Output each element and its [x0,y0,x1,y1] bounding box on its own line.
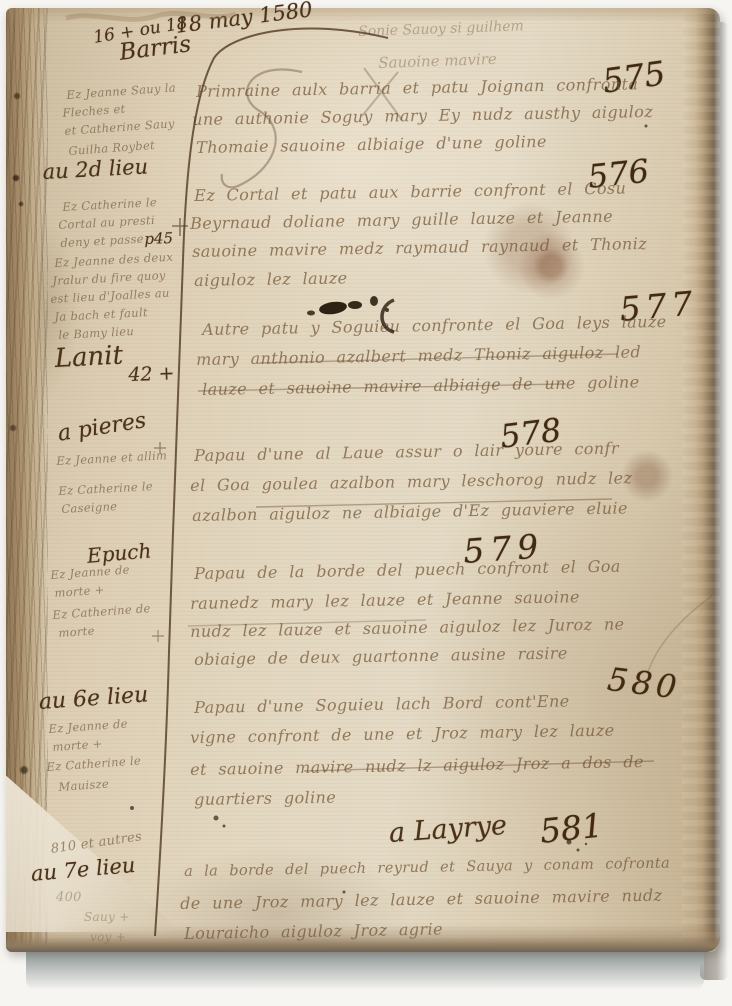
margin-note: Mauisze [58,776,109,793]
entry-line: Thomaie sauoine albiaige d'une goline [196,132,547,157]
faded-header-name: Sauoine mavire [378,50,497,72]
margin-lanit-value: 42 + [128,362,175,386]
entry-line: a la borde del puech reyrud et Sauya y c… [184,856,670,880]
ink-blots [307,296,389,316]
margin-note: Ez Jeanne et allim [56,448,168,468]
margin-note: deny et passe [60,232,144,250]
cross-mark [152,630,164,642]
margin-note: Ez Catherine le [62,195,157,214]
entry-line: sauoine mavire medz raymaud raynaud et T… [192,234,647,261]
margin-note: Caseigne [61,499,118,516]
margin-header-6th-lieu: au 6e lieu [38,682,149,715]
manuscript-page: 16 + ou 18 18 may 1580 Sonie Sauoy si gu… [6,8,720,952]
entry-line: Papau de la borde del puech confront el … [194,557,621,583]
entry-number: 581 [538,805,605,850]
entry-line: une authonie Soguy mary Ey nudz austhy a… [192,102,653,129]
entry-line: Beyrnaud doliane mary guille lauze et Je… [190,207,613,233]
section-header-layrye: a Layrye [388,810,508,849]
margin-note: est lieu d'Joalles au [50,286,170,306]
margin-note: morte + [54,583,105,600]
margin-note: Ez Catherine le [58,479,153,498]
entry-line: azalbon aiguloz ne albiaige d'Ez guavier… [192,498,628,525]
entry-line: vigne confront de une et Jroz mary lez l… [190,721,615,747]
margin-note: Ez Jeanne de [50,562,130,582]
entry-line: mary anthonio azalbert medz Thoniz aigul… [196,342,641,369]
entry-line: Primraine aulx barria et patu Joignan co… [196,74,638,101]
margin-header-2nd-lieu: au 2d lieu [42,154,149,183]
torn-top-edge [6,8,720,22]
margin-note: morte [58,623,95,639]
margin-note: Fleches et [62,102,126,120]
margin-note: le Bamy lieu [58,324,134,342]
margin-note: Ez Jeanne des deux [54,250,173,270]
entry-line: Papau d'une al Laue assur o lair youre c… [194,439,619,465]
entry-line: Papau d'une Soguieu lach Bord cont'Ene [194,691,570,717]
margin-note: et Catherine Sauy [64,116,175,138]
margin-note: voy + [90,930,126,944]
cross-mark [172,218,188,236]
entry-line: nudz lez lauze et sauoine aiguloz lez Ju… [190,614,625,641]
manuscript-scan: 16 + ou 18 18 may 1580 Sonie Sauoy si gu… [0,0,732,1006]
margin-header-pieres: a pieres [56,408,148,447]
margin-note: Ez Jeanne de [48,716,128,736]
margin-note: Ja bach et fault [54,305,148,324]
entry-line: et sauoine mavire nudz lz aiguloz Jroz a… [190,752,644,779]
margin-lanit-label: Lanit [54,340,124,374]
entry-line: el Goa goulea azalbon mary leschorog nud… [190,468,632,495]
entry-line: obiaige de deux guartonne ausine rasire [194,643,568,669]
margin-note: Jralur du fire quoy [52,268,166,288]
margin-note: Ez Jeanne Sauy la [66,80,176,102]
entry-line: lauze et sauoine mavire albiaige de une … [202,372,640,399]
entry-line: Ez Cortal et patu aux barrie confront el… [194,178,626,205]
page-reference: p45 [144,229,173,248]
margin-note: morte + [52,737,103,754]
page-curl-edge [682,8,720,952]
entry-line: raunedz mary lez lauze et Jeanne sauoine [190,587,580,613]
entry-line: guartiers goline [194,788,336,809]
entry-line: de une Jroz mary lez lauze et sauoine ma… [180,886,663,913]
entry-line: Autre patu y Soguieu confronte el Goa le… [202,312,667,339]
margin-note: Ez Catherine de [52,601,151,622]
entry-number: 580 [605,660,682,707]
entry-line: aiguloz lez lauze [194,268,348,290]
margin-note: 400 [56,890,82,905]
margin-note: Sauy + [84,910,130,924]
margin-note: Ez Catherine le [46,753,141,774]
date-annotation: 18 may 1580 [174,0,314,38]
margin-note: Cortal au presti [58,213,155,232]
